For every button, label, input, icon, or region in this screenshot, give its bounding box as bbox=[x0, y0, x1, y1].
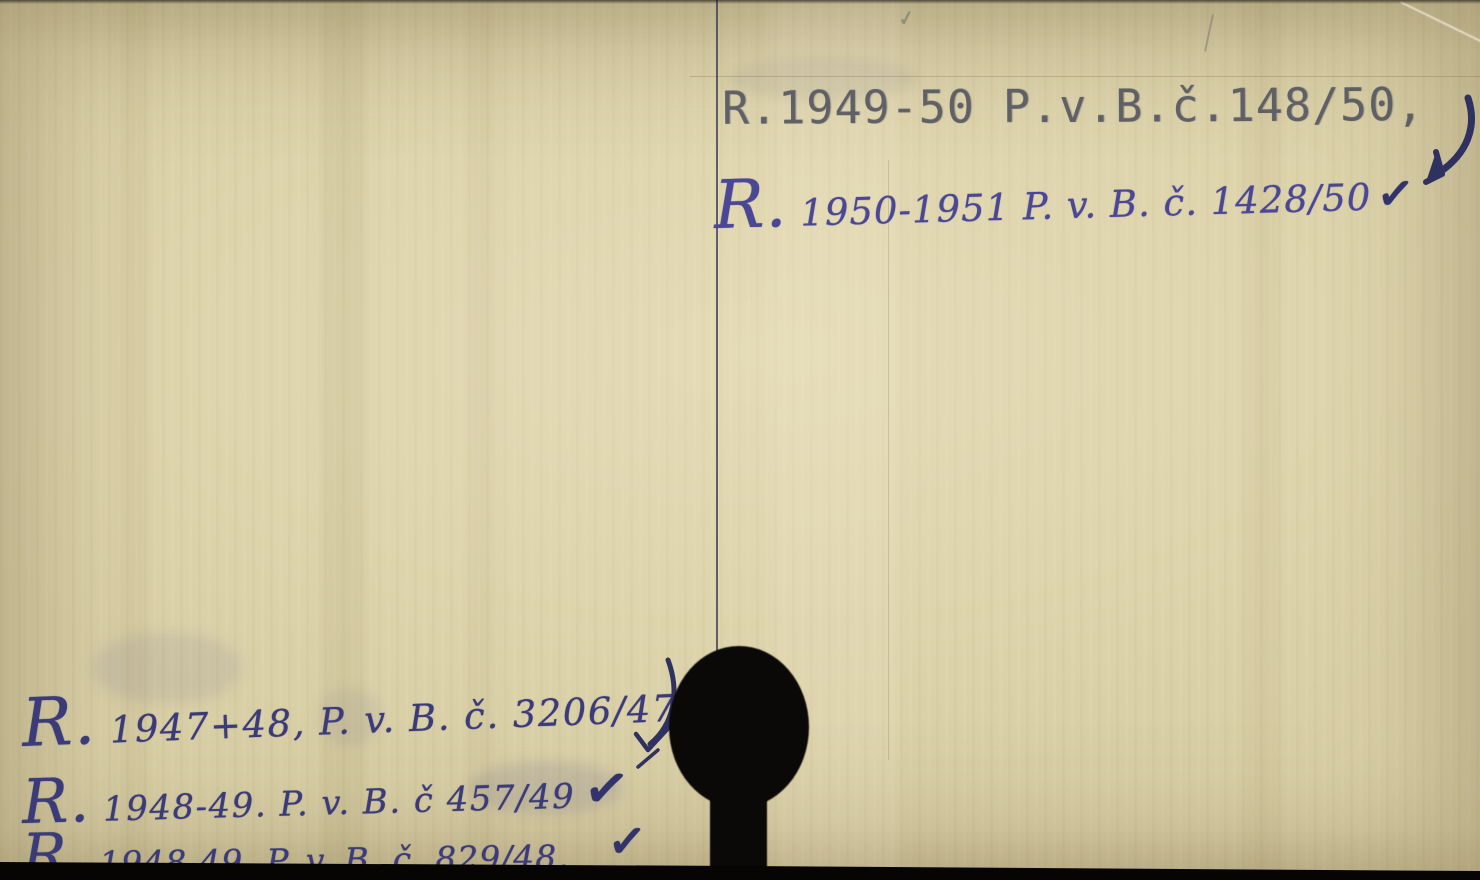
checkmark-icon: ✓ bbox=[1376, 171, 1417, 218]
paper-streak bbox=[470, 0, 494, 880]
check-arrow-icon bbox=[1406, 92, 1478, 192]
column-divider-line bbox=[716, 0, 718, 656]
stray-pen-mark: ✓ bbox=[896, 5, 917, 32]
scanned-index-card: ✓ R.1949-50 P.v.B.č.148/50, R. 1950-1951… bbox=[0, 0, 1480, 880]
checkmark-icon: ✓ bbox=[580, 753, 634, 823]
scan-edge-top bbox=[0, 0, 1480, 4]
paper-crease bbox=[888, 160, 889, 760]
typed-entry-line: R.1949-50 P.v.B.č.148/50, bbox=[722, 78, 1425, 135]
checkmark-icon: ✓ bbox=[606, 813, 648, 870]
paper-crease bbox=[1400, 1, 1480, 44]
punch-hole-stem bbox=[710, 770, 767, 880]
paper-streak bbox=[322, 0, 364, 880]
stray-pen-mark bbox=[1204, 14, 1214, 52]
